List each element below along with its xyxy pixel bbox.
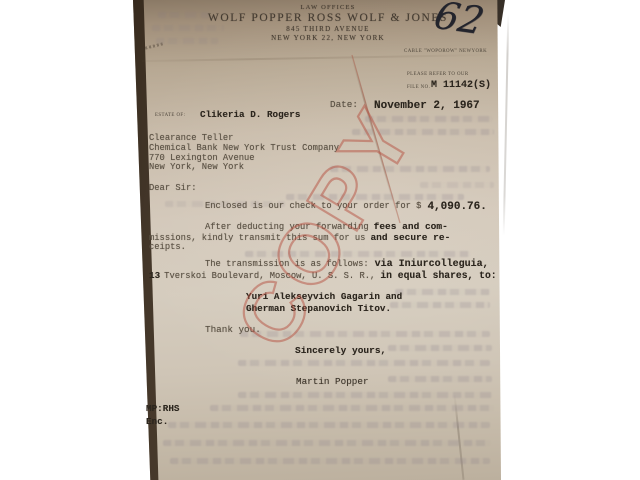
bleed-through-line	[238, 360, 490, 366]
body-paragraph-2-line3: ceipts.	[149, 242, 186, 252]
file-number-label: FILE NO.	[407, 84, 430, 90]
bleed-through-line	[388, 376, 492, 382]
valediction: Sincerely yours,	[295, 345, 386, 356]
refer-note: PLEASE REFER TO OUR	[407, 71, 469, 77]
thank-you: Thank you.	[205, 324, 261, 335]
paragraph-1-text: Enclosed is our check to your order for …	[205, 201, 421, 211]
street-number: 13	[149, 270, 160, 281]
file-number-value: M 11142(S)	[431, 80, 491, 91]
transmission-bold: via Iniurcolleguia,	[375, 259, 489, 270]
bleed-through-line	[163, 440, 491, 446]
bleed-through-line	[240, 331, 490, 337]
transmission-line1: The transmission is as follows:via Iniur…	[205, 259, 489, 270]
bleed-through-line	[390, 302, 490, 308]
payee-line-2: Gherman Stepanovich Titov.	[246, 303, 391, 314]
bleed-through-line	[210, 405, 494, 411]
estate-name: Clikeria D. Rogers	[200, 109, 300, 120]
payee-line-1: Yuri Alekseyvich Gagarin and	[246, 291, 402, 302]
body-paragraph-2-line1: After deducting your forwardingfees and …	[205, 221, 448, 232]
bleed-through-line	[388, 345, 492, 351]
bleed-through-line	[170, 458, 490, 464]
cable-note: CABLE "WOPOROW" NEWYORK	[404, 48, 487, 54]
letter-photo: LAW OFFICES WOLF POPPER ROSS WOLF & JONE…	[0, 0, 640, 480]
recipient-address: Clearance Teller Chemical Bank New York …	[149, 134, 339, 173]
salutation: Dear Sir:	[149, 183, 197, 193]
bleed-through-line	[238, 392, 492, 398]
amount-value: 4,090.76.	[427, 201, 486, 213]
transmission-line2: 13Tverskoi Boulevard, Moscow, U. S. S. R…	[149, 270, 497, 281]
estate-of-label: ESTATE OF:	[155, 112, 185, 118]
paragraph-2-bold: and secure re-	[370, 232, 450, 243]
bleed-through-line	[352, 129, 494, 135]
typist-initials: MP:RHS	[146, 403, 179, 414]
letterhead-address: 845 THIRD AVENUE	[205, 25, 451, 33]
body-paragraph-2-line2: missions, kindly transmit this sum for u…	[149, 232, 450, 243]
date-label: Date:	[330, 99, 358, 110]
bleed-through-line	[395, 289, 490, 295]
signer-name: Martin Popper	[296, 376, 369, 387]
letterhead-firm-name: WOLF POPPER ROSS WOLF & JONES	[205, 12, 451, 24]
enclosure-note: Enc.	[146, 416, 168, 427]
transmission-text: The transmission is as follows:	[205, 259, 369, 269]
bleed-through-line	[330, 166, 490, 172]
paragraph-2-text: After deducting your forwarding	[205, 222, 369, 232]
letterhead-city: NEW YORK 22, NEW YORK	[205, 34, 451, 42]
bleed-through-line	[168, 422, 490, 428]
transmission-bold: in equal shares, to:	[380, 270, 496, 281]
paragraph-2-bold: fees and com-	[374, 221, 448, 232]
letterhead: LAW OFFICES WOLF POPPER ROSS WOLF & JONE…	[205, 4, 451, 42]
bleed-through-line	[245, 251, 470, 257]
recipient-line: New York, New York	[149, 163, 339, 173]
transmission-address: Tverskoi Boulevard, Moscow, U. S. S. R.,	[164, 271, 375, 281]
bleed-through-line	[365, 116, 493, 122]
bleed-through-line	[420, 182, 494, 188]
body-paragraph-1: Enclosed is our check to your order for …	[205, 200, 487, 212]
letterhead-office-line: LAW OFFICES	[205, 4, 451, 11]
ghost-sheet-edge	[503, 14, 510, 236]
date-value: November 2, 1967	[374, 100, 480, 112]
